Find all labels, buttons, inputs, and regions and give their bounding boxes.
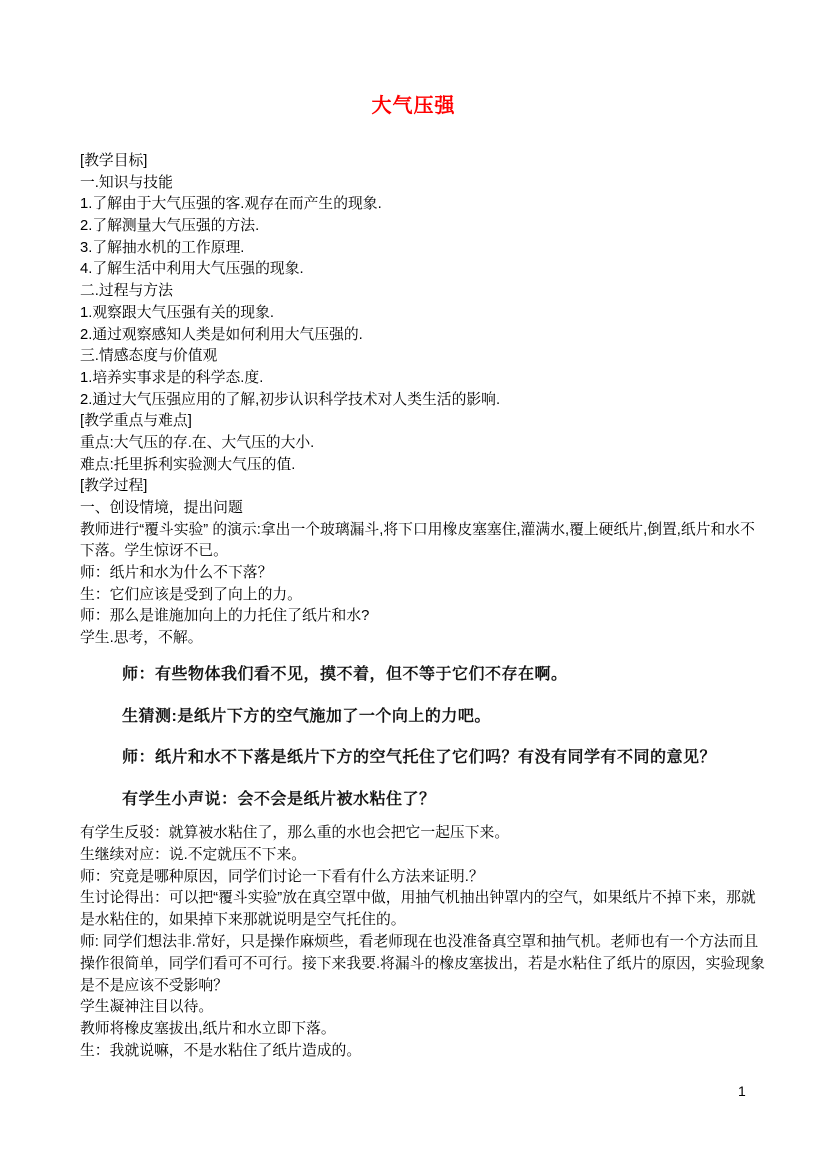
text-line: 一、创设情境，提出问题 (80, 498, 755, 520)
page-number: 1 (738, 1083, 746, 1099)
text-line: 师：那么是谁施加向上的力托住了纸片和水? (80, 606, 755, 628)
text-line: 1.培养实事求是的科学态.度. (80, 368, 755, 390)
text-line: [教学过程] (80, 476, 755, 498)
text-line: 教师进行“覆斗实验” 的演示:拿出一个玻璃漏斗,将下口用橡皮塞塞住,灌满水,覆上… (80, 520, 755, 542)
intro-section: [教学目标]一.知识与技能1.了解由于大气压强的客.观存在而产生的现象.2.了解… (80, 151, 755, 650)
text-line: 2.通过大气压强应用的了解,初步认识科学技术对人类生活的影响. (80, 390, 755, 412)
text-line: 师：纸片和水为什么不下落？ (80, 563, 755, 585)
text-line: 下落。学生惊讶不已。 (80, 541, 755, 563)
text-line: 生：我就说嘛，不是水粘住了纸片造成的。 (80, 1041, 765, 1063)
text-line: 2.通过观察感知人类是如何利用大气压强的. (80, 325, 755, 347)
text-line: 学生凝神注目以待。 (80, 997, 765, 1019)
document-title: 大气压强 (0, 89, 827, 118)
text-line: 生继续对应：说.不定就压不下来。 (80, 845, 765, 867)
emphasis-text-line: 有学生小声说：会不会是纸片被水粘住了？ (122, 779, 716, 821)
text-line: 2.了解测量大气压强的方法. (80, 216, 755, 238)
text-line: 难点:托里拆利实验测大气压的值. (80, 455, 755, 477)
emphasis-text-line: 师：纸片和水不下落是纸片下方的空气托住了它们吗？有没有同学有不同的意见？ (122, 737, 716, 779)
text-line: [教学目标] (80, 151, 755, 173)
emphasis-text-line: 师：有些物体我们看不见，摸不着，但不等于它们不存在啊。 (122, 654, 716, 696)
text-line: 3.了解抽水机的工作原理. (80, 238, 755, 260)
text-line: [教学重点与难点] (80, 411, 755, 433)
emphasis-text-line: 生猜测:是纸片下方的空气施加了一个向上的力吧。 (122, 696, 716, 738)
text-line: 是不是应该不受影响？ (80, 976, 765, 998)
text-line: 生讨论得出：可以把“覆斗实验”放在真空罩中做，用抽气机抽出钟罩内的空气，如果纸片… (80, 888, 765, 910)
text-line: 师: 同学们想法非.常好，只是操作麻烦些，看老师现在也没准备真空罩和抽气机。老师… (80, 932, 765, 954)
text-line: 1.观察跟大气压强有关的现象. (80, 303, 755, 325)
text-line: 重点:大气压的存.在、大气压的大小. (80, 433, 755, 455)
text-line: 4.了解生活中利用大气压强的现象. (80, 259, 755, 281)
text-line: 有学生反驳：就算被水粘住了，那么重的水也会把它一起压下来。 (80, 823, 765, 845)
dialogue-emphasis-section: 师：有些物体我们看不见，摸不着，但不等于它们不存在啊。生猜测:是纸片下方的空气施… (122, 654, 716, 820)
text-line: 生：它们应该是受到了向上的力。 (80, 585, 755, 607)
text-line: 师：究竟是哪种原因，同学们讨论一下看有什么方法来证明.？ (80, 867, 765, 889)
text-line: 操作很简单，同学们看可不可行。接下来我要.将漏斗的橡皮塞拔出，若是水粘住了纸片的… (80, 954, 765, 976)
document-page: 大气压强 [教学目标]一.知识与技能1.了解由于大气压强的客.观存在而产生的现象… (0, 0, 827, 1170)
text-line: 学生.思考，不解。 (80, 628, 755, 650)
text-line: 1.了解由于大气压强的客.观存在而产生的现象. (80, 194, 755, 216)
text-line: 二.过程与方法 (80, 281, 755, 303)
discussion-section: 有学生反驳：就算被水粘住了，那么重的水也会把它一起压下来。生继续对应：说.不定就… (80, 823, 765, 1063)
text-line: 是水粘住的，如果掉下来那就说明是空气托住的。 (80, 910, 765, 932)
text-line: 教师将橡皮塞拔出,纸片和水立即下落。 (80, 1019, 765, 1041)
text-line: 一.知识与技能 (80, 173, 755, 195)
text-line: 三.情感态度与价值观 (80, 346, 755, 368)
